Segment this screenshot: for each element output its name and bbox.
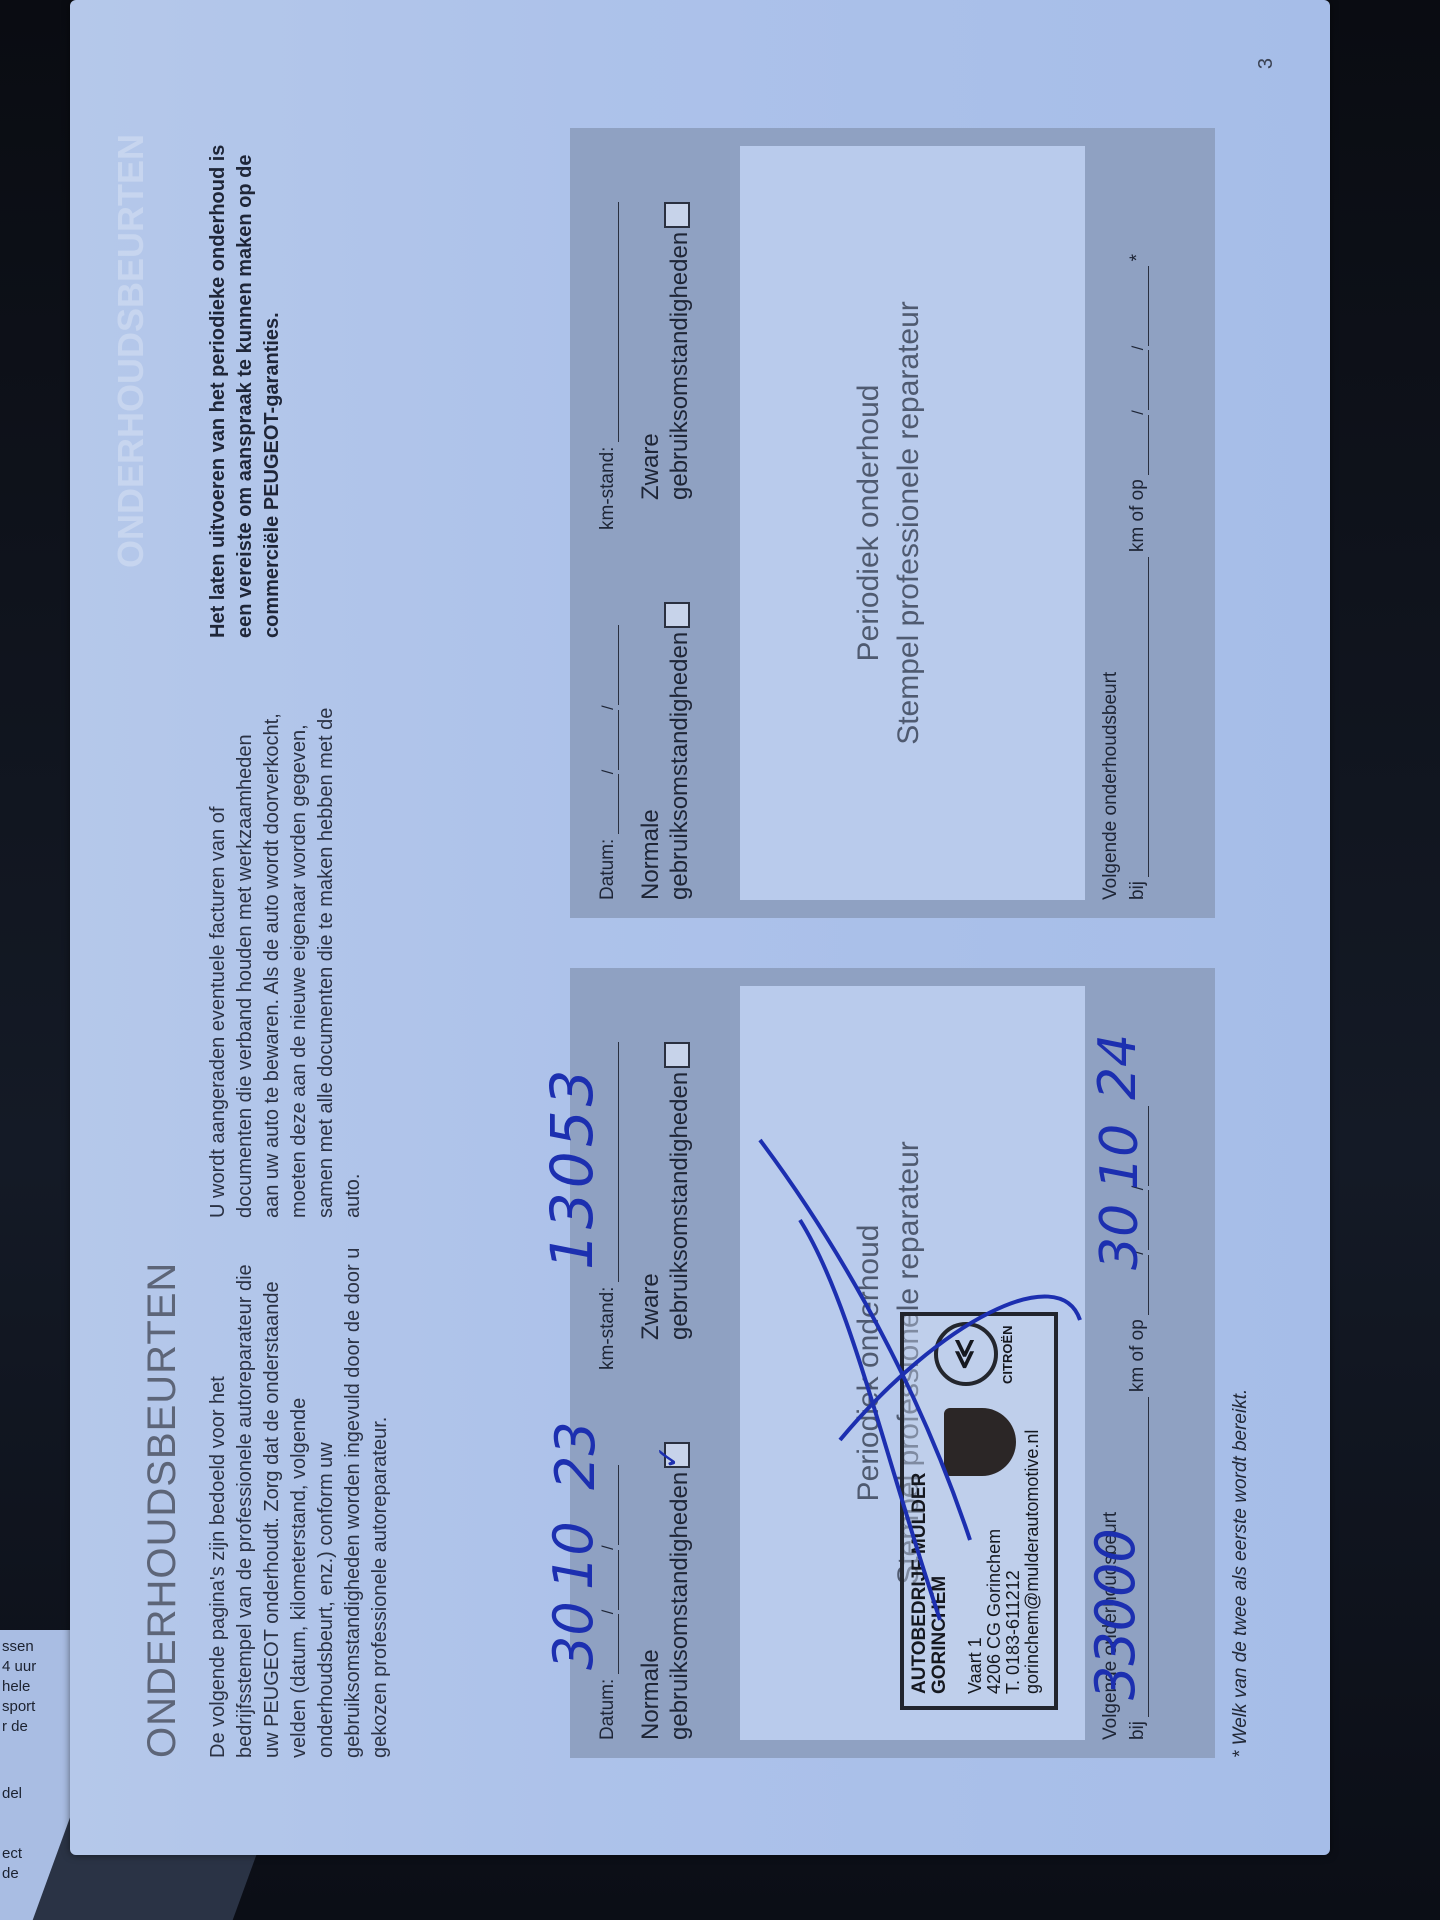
normal-usage-option[interactable]: Normale gebruiksomstandigheden [638,601,693,899]
prev-page-fragment: ssen [2,1638,34,1655]
handwritten-next-day: 30 [1090,1203,1150,1269]
prev-page-fragment: sport [2,1698,35,1715]
next-month-field[interactable] [1126,350,1149,410]
entry-header: Datum: // km-stand: 30 10 23 13053 Norma… [580,986,740,1740]
asterisk-mark: * [1127,253,1148,260]
entry-header: Datum: // km-stand: Normale gebruiksomst… [580,146,740,900]
date-month-field[interactable] [596,709,619,769]
prev-page-fragment: r de [2,1718,28,1735]
rotated-sheet: ONDERHOUDSBEURTEN ONDERHOUDSBEURTEN De v… [100,38,1300,1818]
stamp-area: Periodiek onderhoud Stempel professionel… [740,986,1085,1740]
normal-usage-label-1: Normale [638,1441,664,1739]
next-service-label: Volgende onderhoudsbeurt [1100,146,1122,900]
heavy-usage-label-2: gebruiksomstandigheden [666,231,693,499]
date-label: Datum: [597,838,618,899]
next-day-field[interactable] [1126,414,1149,474]
normal-usage-label-1: Normale [638,601,664,899]
checkmark-icon: ✓ [656,1444,682,1469]
stamp-placeholder-title: Periodiek onderhoud [852,146,886,900]
page-number: 3 [1255,58,1278,69]
prev-page-fragment: ect [2,1845,22,1862]
service-entry-2: Datum: // km-stand: Normale gebruiksomst… [570,128,1215,918]
date-day-field[interactable] [596,774,619,834]
warranty-notice: Het laten uitvoeren van het periodieke o… [205,118,286,638]
bleed-through-text: ONDERHOUDSBEURTEN [110,133,152,567]
km-label: km-stand: [597,446,618,529]
intro-text-col2: U wordt aangeraden eventuele facturen va… [205,698,367,1218]
km-or-on-label: km of op [1127,479,1148,552]
stamp-area: Periodiek onderhoud Stempel professionel… [740,146,1085,900]
footnote: * Welk van de twee als eerste wordt bere… [1230,1388,1252,1757]
km-or-on-label: km of op [1127,1319,1148,1392]
km-field[interactable] [596,202,619,442]
signature-scribble [740,986,1085,1740]
heavy-usage-label-2: gebruiksomstandigheden [666,1071,693,1339]
heavy-usage-label-1: Zware [638,1041,664,1339]
normal-usage-checkbox[interactable] [664,601,690,627]
handwritten-next-year: 24 [1088,1033,1148,1099]
handwritten-next-month: 10 [1090,1123,1150,1189]
next-service-row: Volgende onderhoudsbeurt bij km of op //… [1100,146,1149,900]
heavy-usage-option[interactable]: Zware gebruiksomstandigheden [638,1041,693,1339]
intro-text-col1: De volgende pagina's zijn bedoeld voor h… [205,1238,394,1758]
heavy-usage-checkbox[interactable] [664,1041,690,1067]
normal-usage-label-2: gebruiksomstandigheden [666,1471,693,1739]
date-row: Datum: // [596,625,619,900]
handwritten-date-day: 30 [542,1601,605,1670]
page-title: ONDERHOUDSBEURTEN [140,1261,185,1757]
handwritten-date-month: 10 [542,1521,605,1590]
km-row: km-stand: [596,202,619,530]
normal-usage-checkbox[interactable]: ✓ [664,1441,690,1467]
date-label: Datum: [597,1678,618,1739]
at-label: bij [1127,880,1148,899]
date-year-field[interactable] [596,625,619,705]
handwritten-next-km: 33000 [1084,1528,1147,1700]
booklet-page: ONDERHOUDSBEURTEN ONDERHOUDSBEURTEN De v… [70,0,1330,1855]
next-service-row: Volgende onderhoudsbeurt bij km of op //… [1100,986,1149,1740]
at-label: bij [1127,1720,1148,1739]
heavy-usage-option[interactable]: Zware gebruiksomstandigheden [638,201,693,499]
handwritten-date-year: 23 [544,1421,607,1490]
prev-page-fragment: hele [2,1678,30,1695]
prev-page-fragment: del [2,1785,22,1802]
handwritten-km: 13053 [538,1065,606,1270]
service-entry-1: Datum: // km-stand: 30 10 23 13053 Norma… [570,968,1215,1758]
normal-usage-option[interactable]: Normale gebruiksomstandigheden✓ [638,1441,693,1739]
heavy-usage-checkbox[interactable] [664,201,690,227]
stamp-placeholder-subtitle: Stempel professionele reparateur [892,146,926,900]
next-km-field[interactable] [1126,556,1149,876]
prev-page-fragment: 4 uur [2,1658,36,1675]
next-year-field[interactable] [1126,265,1149,345]
prev-page-fragment: de [2,1865,19,1882]
normal-usage-label-2: gebruiksomstandigheden [666,631,693,899]
heavy-usage-label-1: Zware [638,201,664,499]
km-label: km-stand: [597,1286,618,1369]
